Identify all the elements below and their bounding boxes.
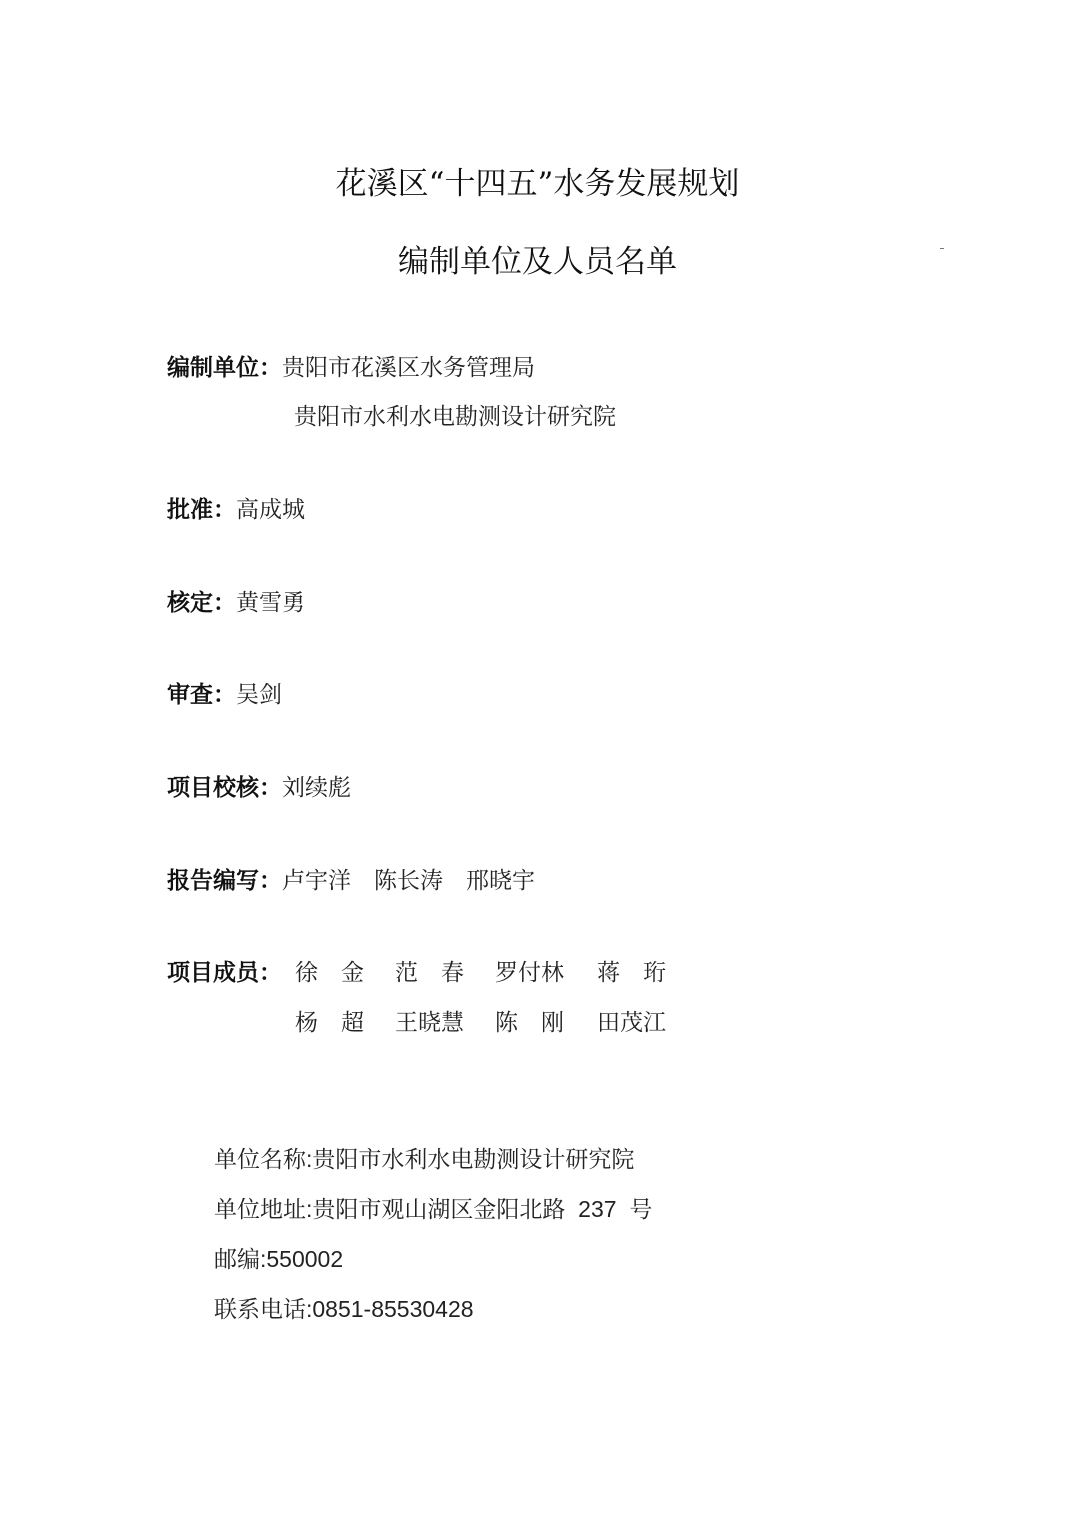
member-name: 杨 超 [295,1008,364,1038]
member-name: 蒋 珩 [597,958,666,988]
compiler-row: 编制单位：贵阳市花溪区水务管理局 [167,353,535,383]
proofread-row: 项目校核：刘续彪 [167,773,351,803]
document-subtitle: 编制单位及人员名单 [0,242,1075,282]
members-label: 项目成员： [167,959,282,986]
member-name: 徐 金 [295,958,364,988]
member-name: 罗付林 [495,958,564,988]
contact-phone: 联系电话:0851-85530428 [214,1294,474,1324]
approval-row: 批准：高成城 [167,495,305,525]
review-row: 审查：吴剑 [167,680,282,710]
member-name: 王晓慧 [395,1008,464,1038]
authors-value: 卢宇洋 陈长涛 邢晓宇 [282,868,535,894]
compiler-value-1: 贵阳市花溪区水务管理局 [282,355,535,381]
members-row: 项目成员： [167,958,282,988]
contact-postcode: 邮编:550002 [214,1244,343,1274]
proofread-label: 项目校核： [167,774,282,801]
stray-mark [940,248,944,249]
compiler-value-2: 贵阳市水利水电勘测设计研究院 [294,402,616,432]
approval-label: 批准： [167,496,236,523]
review-value: 吴剑 [236,682,282,708]
approval-value: 高成城 [236,497,305,523]
member-name: 范 春 [395,958,464,988]
review-label: 审查： [167,681,236,708]
proofread-value: 刘续彪 [282,775,351,801]
verify-value: 黄雪勇 [236,590,305,616]
contact-unit-name: 单位名称:贵阳市水利水电勘测设计研究院 [214,1144,634,1174]
member-name: 陈 刚 [495,1008,564,1038]
member-name: 田茂江 [597,1008,666,1038]
verify-row: 核定：黄雪勇 [167,588,305,618]
authors-label: 报告编写： [167,867,282,894]
document-title: 花溪区“十四五”水务发展规划 [0,164,1075,204]
verify-label: 核定： [167,589,236,616]
authors-row: 报告编写：卢宇洋 陈长涛 邢晓宇 [167,866,535,896]
contact-address: 单位地址:贵阳市观山湖区金阳北路 237 号 [214,1194,652,1224]
document-page: 花溪区“十四五”水务发展规划 编制单位及人员名单 编制单位：贵阳市花溪区水务管理… [0,0,1075,1520]
compiler-label: 编制单位： [167,354,282,381]
